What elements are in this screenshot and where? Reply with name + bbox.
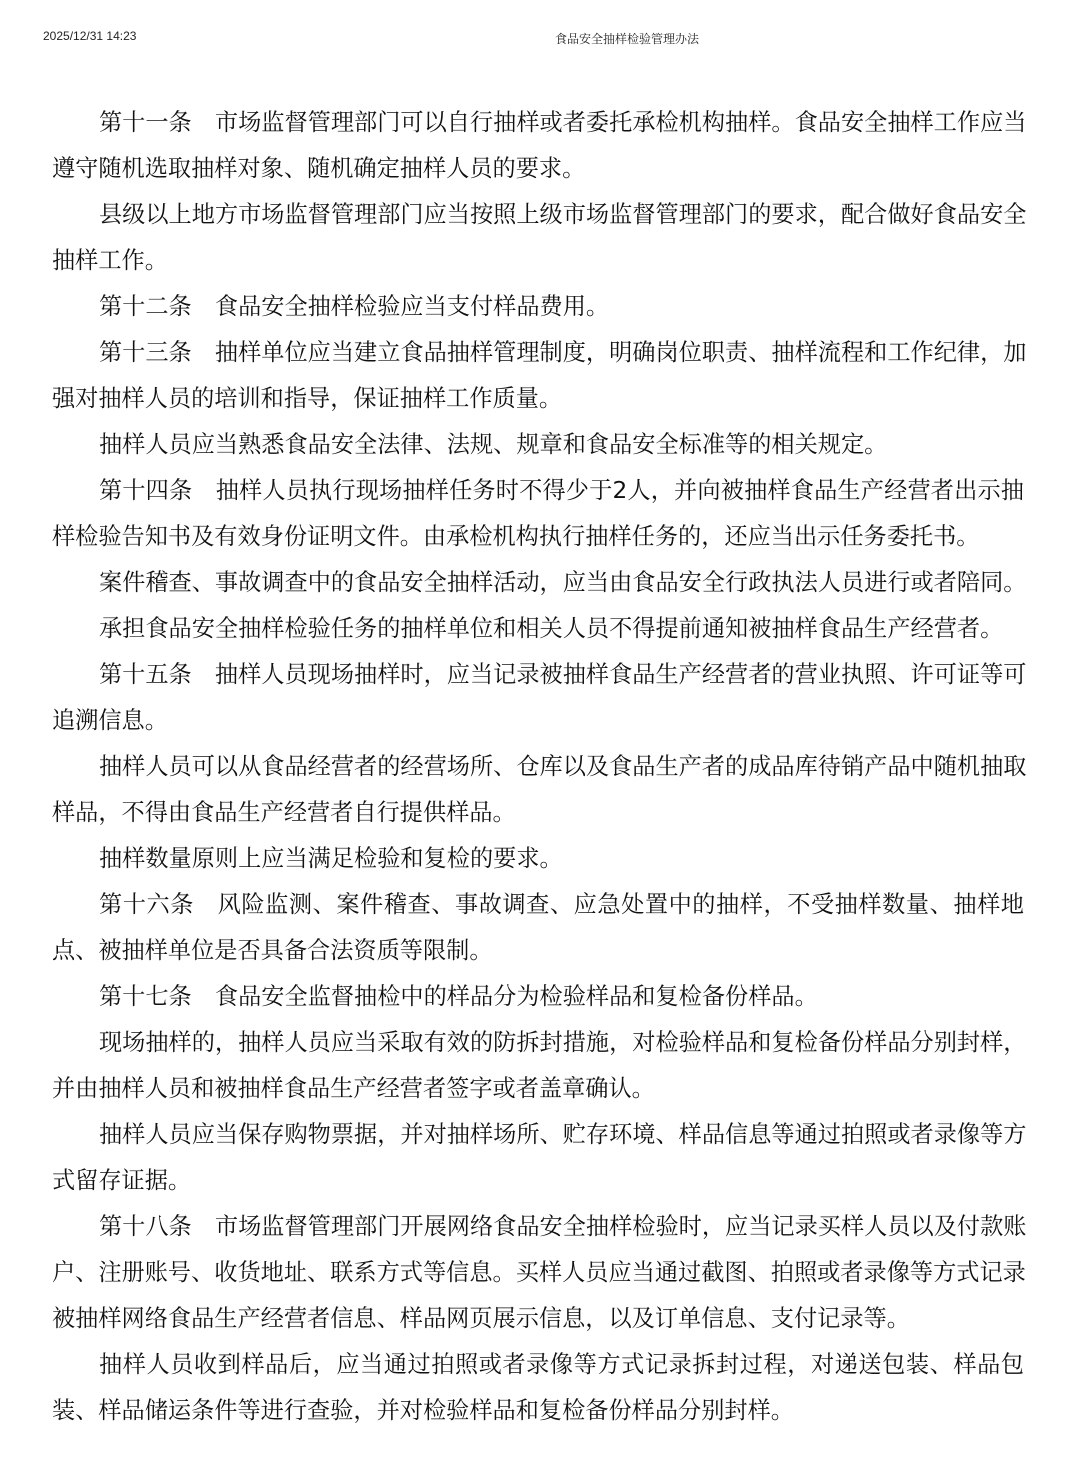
text-line: 样检验告知书及有效身份证明文件。由承检机构执行抽样任务的，还应当出示任务委托书。 — [52, 514, 1024, 560]
text-line: 第十八条 市场监督管理部门开展网络食品安全抽样检验时，应当记录买样人员以及付款账 — [52, 1204, 1024, 1250]
text-line: 强对抽样人员的培训和指导，保证抽样工作质量。 — [52, 376, 1024, 422]
text-line: 抽样数量原则上应当满足检验和复检的要求。 — [52, 836, 1024, 882]
paragraph-article-13: 第十三条 抽样单位应当建立食品抽样管理制度，明确岗位职责、抽样流程和工作纪律，加… — [52, 330, 1024, 422]
text-line: 追溯信息。 — [52, 698, 1024, 744]
text-line: 第十二条 食品安全抽样检验应当支付样品费用。 — [52, 284, 1024, 330]
text-line: 第十一条 市场监督管理部门可以自行抽样或者委托承检机构抽样。食品安全抽样工作应当 — [52, 100, 1024, 146]
text-line: 案件稽查、事故调查中的食品安全抽样活动，应当由食品安全行政执法人员进行或者陪同。 — [52, 560, 1024, 606]
paragraph: 承担食品安全抽样检验任务的抽样单位和相关人员不得提前通知被抽样食品生产经营者。 — [52, 606, 1024, 652]
text-line: 县级以上地方市场监督管理部门应当按照上级市场监督管理部门的要求，配合做好食品安全 — [52, 192, 1024, 238]
text-line: 被抽样网络食品生产经营者信息、样品网页展示信息，以及订单信息、支付记录等。 — [52, 1296, 1024, 1342]
text-line: 抽样人员可以从食品经营者的经营场所、仓库以及食品生产者的成品库待销产品中随机抽取 — [52, 744, 1024, 790]
text-line: 户、注册账号、收货地址、联系方式等信息。买样人员应当通过截图、拍照或者录像等方式… — [52, 1250, 1024, 1296]
text-line: 并由抽样人员和被抽样食品生产经营者签字或者盖章确认。 — [52, 1066, 1024, 1112]
text-line: 式留存证据。 — [52, 1158, 1024, 1204]
paragraph: 案件稽查、事故调查中的食品安全抽样活动，应当由食品安全行政执法人员进行或者陪同。 — [52, 560, 1024, 606]
text-line: 装、样品储运条件等进行查验，并对检验样品和复检备份样品分别封样。 — [52, 1388, 1024, 1434]
text-line: 抽样人员应当熟悉食品安全法律、法规、规章和食品安全标准等的相关规定。 — [52, 422, 1024, 468]
print-header: 2025/12/31 14:23 食品安全抽样检验管理办法 — [0, 27, 1074, 47]
text-line: 第十七条 食品安全监督抽检中的样品分为检验样品和复检备份样品。 — [52, 974, 1024, 1020]
paragraph-article-14: 第十四条 抽样人员执行现场抽样任务时不得少于2人，并向被抽样食品生产经营者出示抽… — [52, 468, 1024, 560]
text-line: 第十五条 抽样人员现场抽样时，应当记录被抽样食品生产经营者的营业执照、许可证等可 — [52, 652, 1024, 698]
text-line: 承担食品安全抽样检验任务的抽样单位和相关人员不得提前通知被抽样食品生产经营者。 — [52, 606, 1024, 652]
paragraph-article-18: 第十八条 市场监督管理部门开展网络食品安全抽样检验时，应当记录买样人员以及付款账… — [52, 1204, 1024, 1342]
text-line: 第十四条 抽样人员执行现场抽样任务时不得少于2人，并向被抽样食品生产经营者出示抽 — [52, 468, 1024, 514]
document-title: 食品安全抽样检验管理办法 — [0, 30, 1074, 47]
paragraph-article-17: 第十七条 食品安全监督抽检中的样品分为检验样品和复检备份样品。 — [52, 974, 1024, 1020]
text-line: 点、被抽样单位是否具备合法资质等限制。 — [52, 928, 1024, 974]
paragraph: 县级以上地方市场监督管理部门应当按照上级市场监督管理部门的要求，配合做好食品安全… — [52, 192, 1024, 284]
text-line: 遵守随机选取抽样对象、随机确定抽样人员的要求。 — [52, 146, 1024, 192]
text-line: 抽样工作。 — [52, 238, 1024, 284]
text-line: 抽样人员应当保存购物票据，并对抽样场所、贮存环境、样品信息等通过拍照或者录像等方 — [52, 1112, 1024, 1158]
paragraph: 抽样人员应当熟悉食品安全法律、法规、规章和食品安全标准等的相关规定。 — [52, 422, 1024, 468]
paragraph: 抽样数量原则上应当满足检验和复检的要求。 — [52, 836, 1024, 882]
text-line: 抽样人员收到样品后，应当通过拍照或者录像等方式记录拆封过程，对递送包装、样品包 — [52, 1342, 1024, 1388]
paragraph: 现场抽样的，抽样人员应当采取有效的防拆封措施，对检验样品和复检备份样品分别封样，… — [52, 1020, 1024, 1112]
text-line: 样品，不得由食品生产经营者自行提供样品。 — [52, 790, 1024, 836]
paragraph: 抽样人员可以从食品经营者的经营场所、仓库以及食品生产者的成品库待销产品中随机抽取… — [52, 744, 1024, 836]
paragraph: 抽样人员应当保存购物票据，并对抽样场所、贮存环境、样品信息等通过拍照或者录像等方… — [52, 1112, 1024, 1204]
text-line: 现场抽样的，抽样人员应当采取有效的防拆封措施，对检验样品和复检备份样品分别封样， — [52, 1020, 1024, 1066]
text-line: 第十三条 抽样单位应当建立食品抽样管理制度，明确岗位职责、抽样流程和工作纪律，加 — [52, 330, 1024, 376]
paragraph-article-16: 第十六条 风险监测、案件稽查、事故调查、应急处置中的抽样，不受抽样数量、抽样地 … — [52, 882, 1024, 974]
text-line: 第十六条 风险监测、案件稽查、事故调查、应急处置中的抽样，不受抽样数量、抽样地 — [52, 882, 1024, 928]
document-body: 第十一条 市场监督管理部门可以自行抽样或者委托承检机构抽样。食品安全抽样工作应当… — [52, 100, 1024, 1434]
paragraph-article-11: 第十一条 市场监督管理部门可以自行抽样或者委托承检机构抽样。食品安全抽样工作应当… — [52, 100, 1024, 192]
paragraph-article-15: 第十五条 抽样人员现场抽样时，应当记录被抽样食品生产经营者的营业执照、许可证等可… — [52, 652, 1024, 744]
paragraph: 抽样人员收到样品后，应当通过拍照或者录像等方式记录拆封过程，对递送包装、样品包 … — [52, 1342, 1024, 1434]
paragraph-article-12: 第十二条 食品安全抽样检验应当支付样品费用。 — [52, 284, 1024, 330]
